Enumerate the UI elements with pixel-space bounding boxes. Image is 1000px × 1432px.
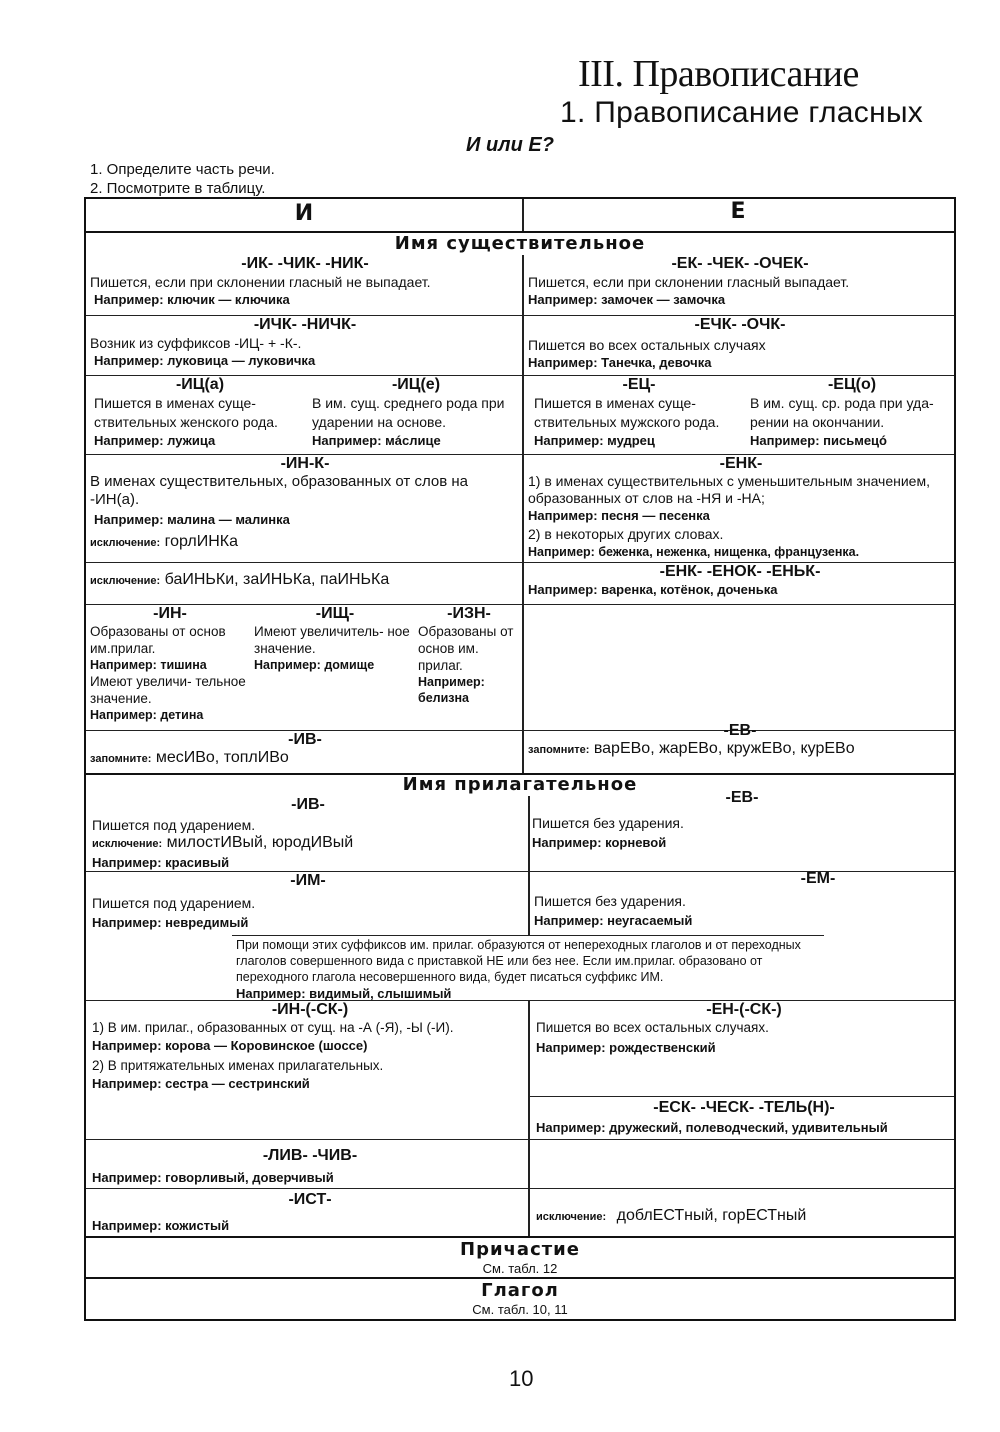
remember-words: месИВо, топлИВо: [156, 749, 289, 766]
suffix-label: -ЕВ-: [532, 789, 952, 807]
rule-text: Пишется в именах суще- ствительных женск…: [94, 394, 306, 432]
example-text: Например: говорливый, доверчивый: [92, 1169, 528, 1187]
suffix-label: -ИВ-: [92, 796, 524, 814]
noun-echk-cell: -ЕЧК- -ОЧК- Пишется во всех остальных сл…: [528, 316, 952, 372]
column-header-e: Е: [522, 199, 954, 227]
example-text: Например: замочек — замочка: [528, 291, 952, 309]
exception-value: баИНЬКи, заИНЬКа, паИНЬКа: [165, 571, 390, 588]
suffix-label: -ИСТ-: [92, 1191, 528, 1209]
rule-text: Пишется без ударения.: [534, 892, 952, 910]
adj-em-cell: -ЕМ- Пишется без ударения. Например: неу…: [534, 870, 952, 930]
rule-text: В им. сущ. среднего рода при ударении на…: [312, 394, 520, 432]
noun-enk-cell: -ЕНК- 1) в именах существительных с умен…: [528, 455, 954, 561]
question-heading: И или Е?: [466, 134, 554, 157]
noun-ik-cell: -ИК- -ЧИК- -НИК- Пишется, если при склон…: [90, 255, 520, 309]
suffix-label: -ИМ-: [92, 872, 524, 890]
section-title: III. Правописание: [578, 52, 859, 96]
exception-label: исключение:: [90, 575, 160, 587]
remember-label: запомните:: [90, 753, 151, 765]
exception-label: исключение:: [92, 838, 162, 850]
rule-text: Пишется в именах суще- ствительных мужск…: [534, 394, 744, 432]
page-number: 10: [509, 1366, 533, 1392]
adj-ist-cell: -ИСТ- Например: кожистый: [92, 1191, 528, 1235]
rule-text: Имеют увеличи- тельное значение.: [90, 673, 250, 707]
rule-text: 1) в именах существительных с уменьшител…: [528, 473, 954, 507]
example-text: Например: малина — малинка: [90, 511, 520, 529]
suffix-label: -ИЩ-: [254, 605, 416, 623]
adj-ev-cell: -ЕВ- Пишется без ударения. Например: кор…: [532, 789, 952, 852]
suffix-label: -ЕНК-: [528, 455, 954, 473]
noun-iv-cell: -ИВ- запомните: месИВо, топлИВо: [90, 731, 520, 767]
divider: [86, 1188, 954, 1189]
rule-text: 1) В им. прилаг., образованных от сущ. н…: [92, 1019, 528, 1037]
rule-text: Пишется во всех остальных случаях: [528, 336, 952, 354]
example-text: Например: сестра — сестринский: [92, 1075, 528, 1093]
example-text: Например: мáслице: [312, 432, 520, 450]
suffix-label: -ИН-: [90, 605, 250, 623]
suffix-label: -ЕВ-: [528, 722, 952, 740]
exception-value: горлИНКа: [165, 533, 238, 550]
section-verb-title: Глагол: [86, 1280, 954, 1301]
rule-text: Пишется под ударением.: [92, 894, 524, 912]
suffix-label: -ЕН-(-СК-): [536, 1001, 952, 1019]
rule-text: Пишется во всех остальных случаях.: [536, 1019, 952, 1037]
example-text: Например: красивый: [92, 854, 524, 872]
rule-text: Пишется под ударением.: [92, 816, 524, 834]
adj-in-sk-cell: -ИН-(-СК-) 1) В им. прилаг., образованны…: [92, 1001, 528, 1093]
suffix-label: -ИЦ(е): [312, 376, 520, 394]
rule-text: Возник из суффиксов -ИЦ- + -К-.: [90, 334, 520, 352]
rule-text: Образованы от основ им. прилаг.: [418, 623, 520, 674]
noun-ic-a-cell: -ИЦ(а) Пишется в именах суще- ствительны…: [94, 376, 306, 450]
suffix-label: -ИВ-: [90, 731, 520, 749]
suffix-label: -ИН-К-: [90, 455, 520, 473]
remember-label: запомните:: [528, 744, 589, 756]
exception-line: исключение: милостИВый, юродИВый: [92, 834, 524, 852]
example-text: Например: песня — песенка: [528, 507, 954, 525]
instruction-1: 1. Определите часть речи.: [90, 161, 275, 178]
adj-im-cell: -ИМ- Пишется под ударением. Например: не…: [92, 872, 524, 932]
adj-note-cell: При помощи этих суффиксов им. прилаг. об…: [236, 937, 826, 1003]
example-text: Например: тишина: [90, 657, 250, 673]
example-text: Например: белизна: [418, 674, 520, 706]
remember-line: запомните: месИВо, топлИВо: [90, 749, 520, 767]
suffix-label: -ИЗН-: [418, 605, 520, 623]
rule-text: 2) В притяжательных именах прилагательны…: [92, 1057, 528, 1075]
noun-izn-cell: -ИЗН- Образованы от основ им. прилаг. На…: [418, 605, 520, 706]
adj-en-sk-cell: -ЕН-(-СК-) Пишется во всех остальных слу…: [536, 1001, 952, 1057]
exception-value: доблЕСТный, горЕСТный: [617, 1207, 807, 1224]
section-participle-title: Причастие: [86, 1239, 954, 1260]
adj-liv-cell: -ЛИВ- -ЧИВ- Например: говорливый, доверч…: [92, 1147, 528, 1187]
verb-ref: См. табл. 10, 11: [86, 1301, 954, 1318]
suffix-label: -ЕК- -ЧЕК- -ОЧЕК-: [528, 255, 952, 273]
rule-text: Имеют увеличитель- ное значение.: [254, 623, 416, 657]
rule-text: 2) в некоторых других словах.: [528, 525, 954, 543]
example-text: Например: беженка, неженка, нищенка, фра…: [528, 543, 954, 561]
rule-text: Пишется без ударения.: [532, 814, 952, 832]
noun-ec-o-cell: -ЕЦ(о) В им. сущ. ср. рода при уда- рени…: [750, 376, 954, 450]
noun-ichk-cell: -ИЧК- -НИЧК- Возник из суффиксов -ИЦ- + …: [90, 316, 520, 370]
example-text: Например: ключик — ключика: [90, 291, 520, 309]
example-text: Например: письмецó: [750, 432, 954, 450]
noun-in-cell: -ИН- Образованы от основ им.прилаг. Напр…: [90, 605, 250, 723]
adj-esk-cell: -ЕСК- -ЧЕСК- -ТЕЛЬ(Н)- Например: дружеск…: [536, 1099, 952, 1137]
divider: [528, 1000, 530, 1236]
exception-label: исключение:: [90, 537, 160, 549]
exception-line: исключение: горлИНКа: [90, 533, 520, 551]
column-header-i: И: [86, 201, 522, 229]
rule-text: В им. сущ. ср. рода при уда- рении на ок…: [750, 394, 954, 432]
noun-ek-cell: -ЕК- -ЧЕК- -ОЧЕК- Пишется, если при скло…: [528, 255, 952, 309]
spelling-table: И Е Имя существительное -ИК- -ЧИК- -НИК-…: [84, 197, 956, 1321]
exception-label: исключение:: [536, 1211, 606, 1223]
divider: [528, 796, 530, 936]
section-noun-title: Имя существительное: [86, 233, 954, 254]
noun-ic-e-cell: -ИЦ(е) В им. сущ. среднего рода при удар…: [312, 376, 520, 450]
divider: [528, 1096, 954, 1097]
noun-ev-cell: -ЕВ- запомните: варЕВо, жарЕВо, кружЕВо,…: [528, 722, 952, 758]
noun-ec-cell: -ЕЦ- Пишется в именах суще- ствительных …: [534, 376, 744, 450]
example-text: Например: домище: [254, 657, 416, 673]
suffix-label: -ЕЦ(о): [750, 376, 954, 394]
note-text: При помощи этих суффиксов им. прилаг. об…: [236, 937, 826, 985]
example-text: Например: варенка, котёнок, доченька: [528, 581, 952, 599]
rule-text: Образованы от основ им.прилаг.: [90, 623, 250, 657]
suffix-label: -ЕНК- -ЕНОК- -ЕНЬК-: [528, 563, 952, 581]
instruction-2: 2. Посмотрите в таблицу.: [90, 180, 265, 197]
rule-text: Пишется, если при склонении гласный не в…: [90, 273, 520, 291]
example-text: Например: Танечка, девочка: [528, 354, 952, 372]
example-text: Например: детина: [90, 707, 250, 723]
suffix-label: -ЕМ-: [684, 870, 952, 888]
example-text: Например: невредимый: [92, 914, 524, 932]
suffix-label: -ИЦ(а): [94, 376, 306, 394]
adj-est-exception: исключение: доблЕСТный, горЕСТный: [536, 1207, 952, 1225]
example-text: Например: мудрец: [534, 432, 744, 450]
suffix-label: -ИН-(-СК-): [92, 1001, 528, 1019]
divider: [86, 1277, 954, 1279]
suffix-label: -ЕСК- -ЧЕСК- -ТЕЛЬ(Н)-: [536, 1099, 952, 1117]
suffix-label: -ЕЦ-: [534, 376, 744, 394]
noun-inyk-exception: исключение: баИНЬКи, заИНЬКа, паИНЬКа: [90, 571, 520, 589]
noun-in-k-cell: -ИН-К- В именах существительных, образов…: [90, 455, 520, 551]
example-text: Например: рождественский: [536, 1039, 952, 1057]
example-text: Например: лужица: [94, 432, 306, 450]
noun-ishch-cell: -ИЩ- Имеют увеличитель- ное значение. На…: [254, 605, 416, 673]
divider: [522, 255, 524, 775]
rule-text: В именах существительных, образованных о…: [90, 473, 520, 509]
noun-enk-enok-cell: -ЕНК- -ЕНОК- -ЕНЬК- Например: варенка, к…: [528, 563, 952, 599]
suffix-label: -ЛИВ- -ЧИВ-: [92, 1147, 528, 1165]
exception-value: милостИВый, юродИВый: [167, 834, 354, 851]
divider: [86, 1236, 954, 1238]
verb-cell: Глагол См. табл. 10, 11: [86, 1280, 954, 1318]
adj-iv-cell: -ИВ- Пишется под ударением. исключение: …: [92, 796, 524, 872]
suffix-label: -ИЧК- -НИЧК-: [90, 316, 520, 334]
suffix-label: -ИК- -ЧИК- -НИК-: [90, 255, 520, 273]
participle-ref: См. табл. 12: [86, 1260, 954, 1277]
example-text: Например: дружеский, полеводческий, удив…: [536, 1119, 952, 1137]
divider: [522, 199, 524, 231]
remember-words: варЕВо, жарЕВо, кружЕВо, курЕВо: [594, 740, 855, 757]
divider: [86, 1139, 954, 1140]
example-text: Например: кожистый: [92, 1217, 528, 1235]
example-text: Например: корова — Коровинское (шоссе): [92, 1037, 528, 1055]
example-text: Например: луковица — луковичка: [90, 352, 520, 370]
divider: [232, 935, 824, 936]
participle-cell: Причастие См. табл. 12: [86, 1239, 954, 1277]
example-text: Например: корневой: [532, 834, 952, 852]
example-text: Например: неугасаемый: [534, 912, 952, 930]
rule-text: Пишется, если при склонении гласный выпа…: [528, 273, 952, 291]
remember-line: запомните: варЕВо, жарЕВо, кружЕВо, курЕ…: [528, 740, 952, 758]
suffix-label: -ЕЧК- -ОЧК-: [528, 316, 952, 334]
subsection-title: 1. Правописание гласных: [560, 96, 923, 130]
